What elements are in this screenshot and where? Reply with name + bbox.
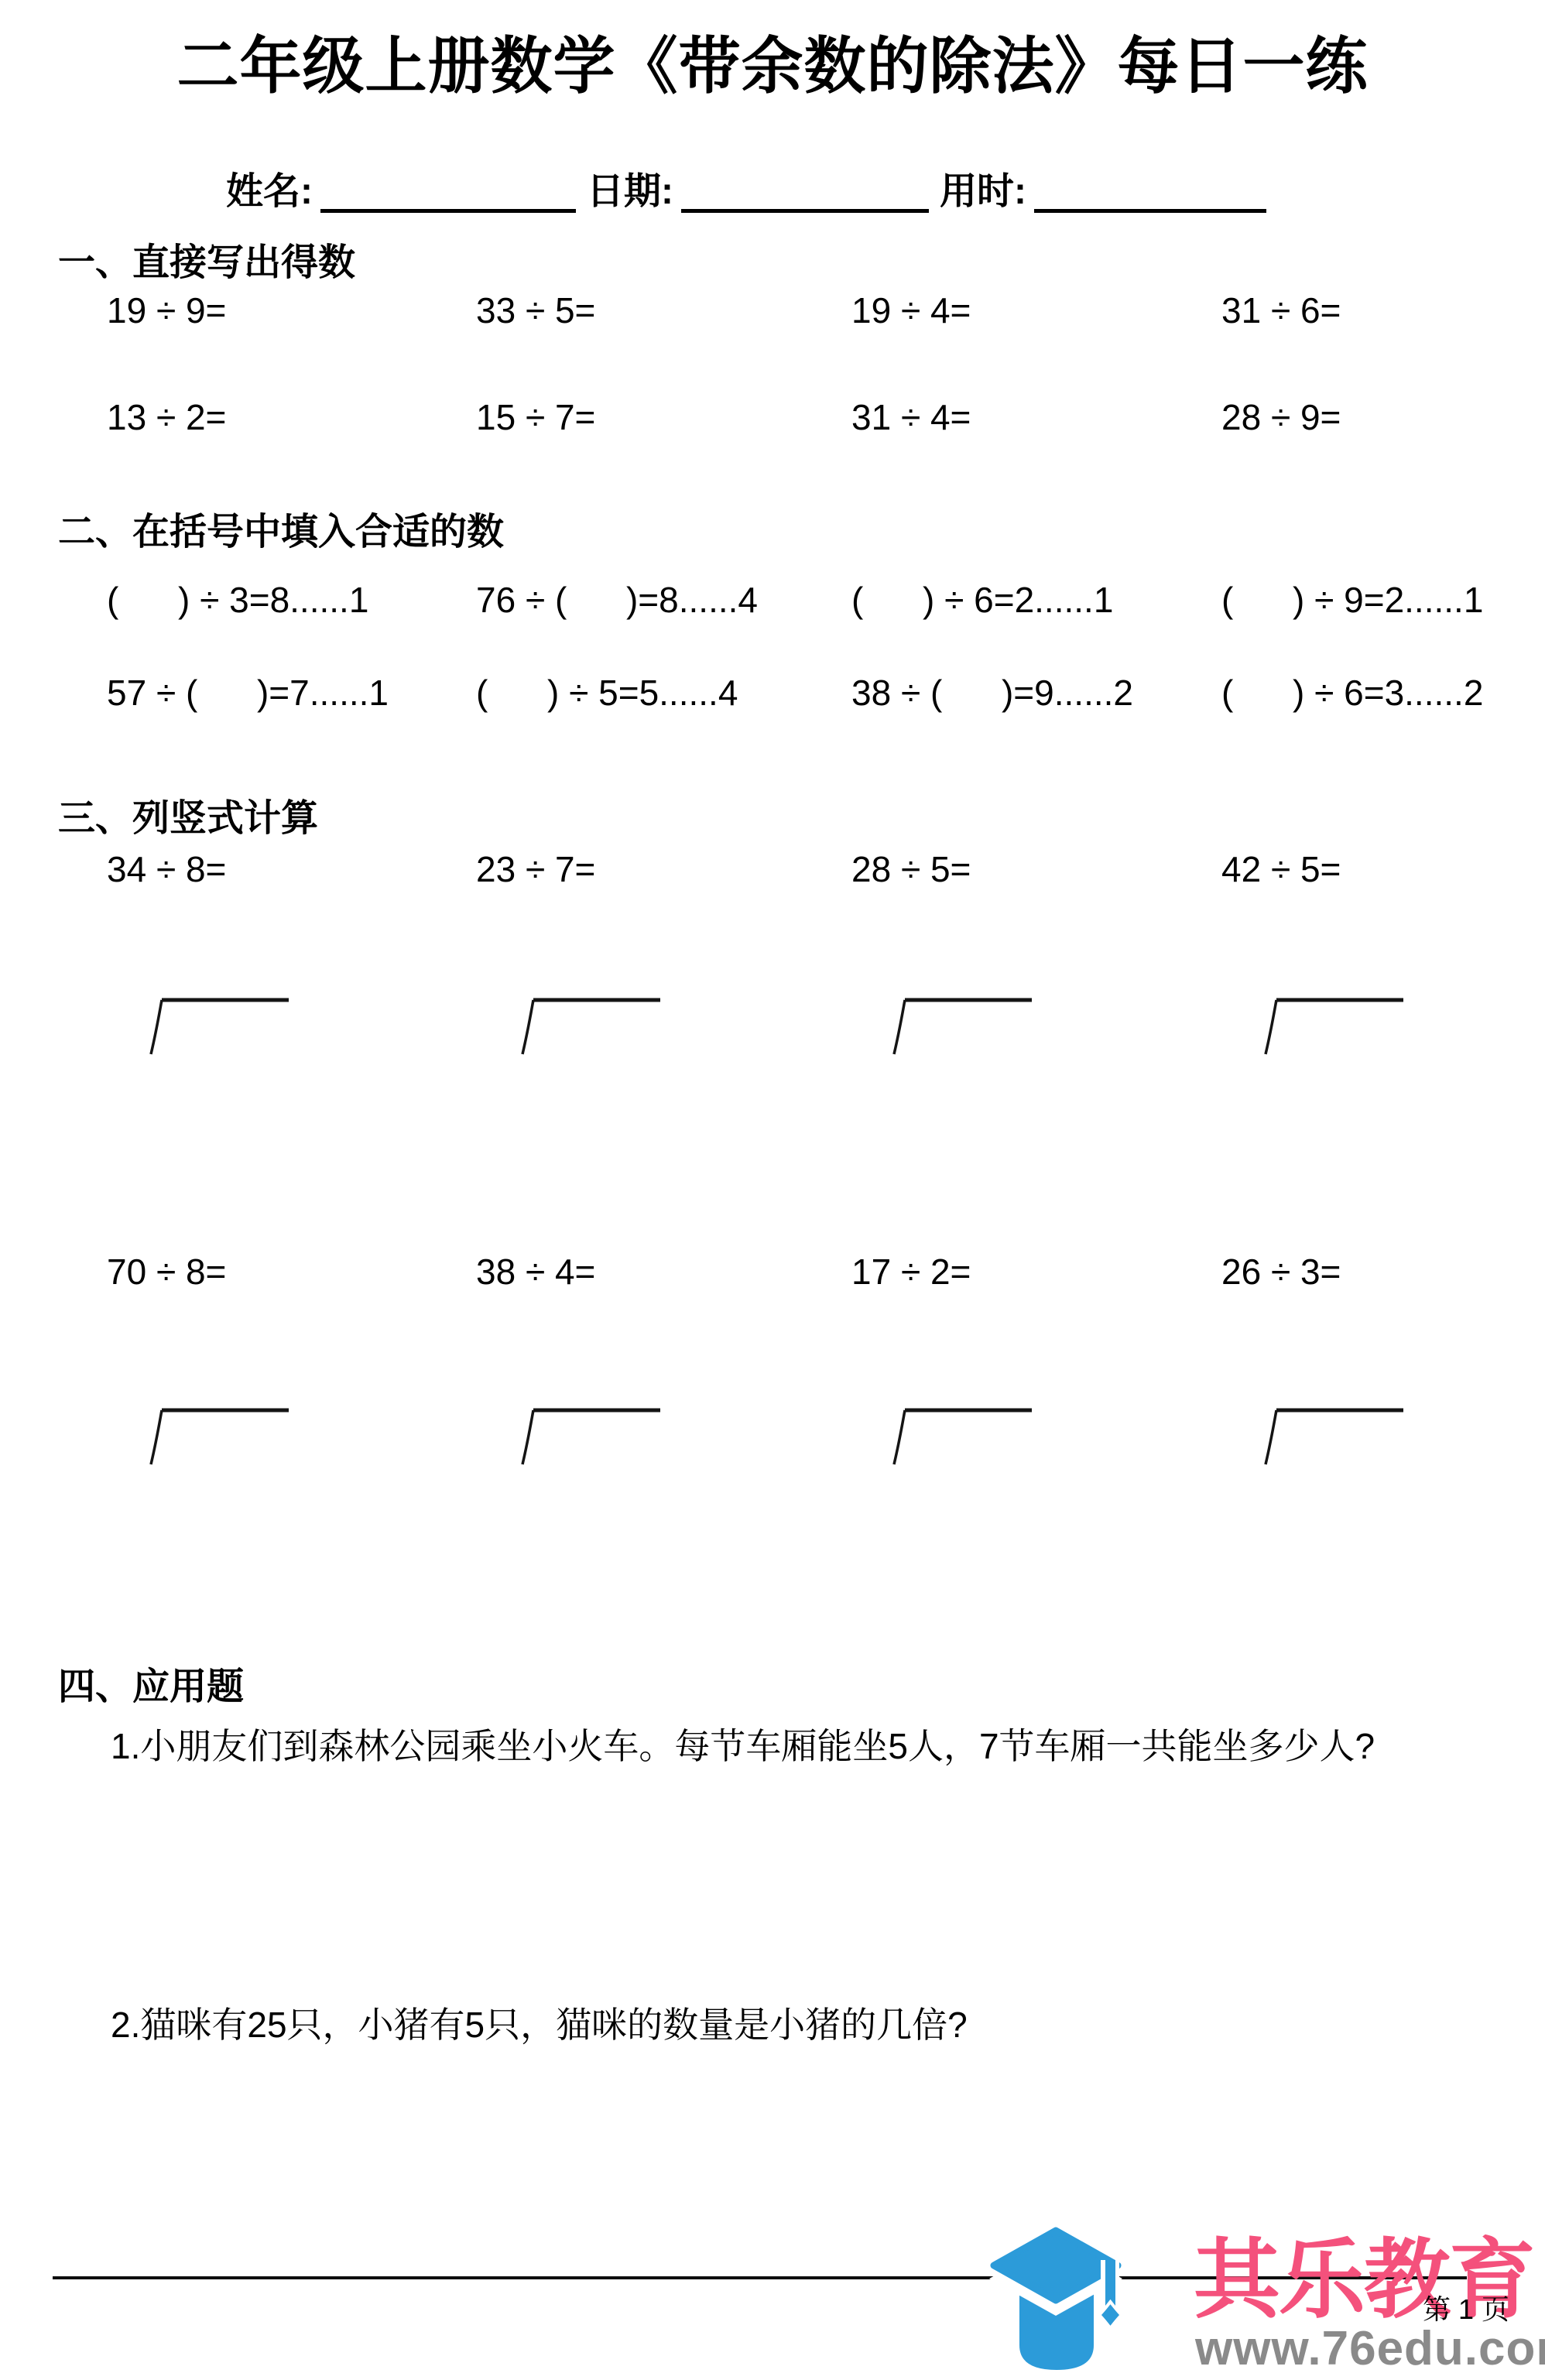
- section1-row2: 13 ÷ 2= 15 ÷ 7= 31 ÷ 4= 28 ÷ 9=: [0, 395, 1545, 449]
- division-problem: 28 ÷ 5=: [851, 847, 971, 893]
- section3-row1: 34 ÷ 8= 23 ÷ 7= 28 ÷ 5= 42 ÷ 5=: [0, 847, 1545, 901]
- word-problem-2: 2.猫咪有25只，小猪有5只，猫咪的数量是小猪的几倍?: [111, 2003, 968, 2048]
- division-problem: 15 ÷ 7=: [476, 395, 595, 441]
- long-division-bracket: [521, 997, 662, 1057]
- section1-heading: 一、直接写出得数: [58, 245, 355, 282]
- fill-blank-problem: 76 ÷ ( )=8......4: [476, 577, 758, 624]
- long-division-bracket: [1264, 997, 1405, 1057]
- long-division-bracket: [1264, 1407, 1405, 1467]
- long-division-bracket: [892, 1407, 1033, 1467]
- brand-website-text: www.76edu.com: [1195, 2325, 1545, 2373]
- fill-blank-problem: ( ) ÷ 9=2......1: [1221, 577, 1483, 624]
- page-title: 二年级上册数学《带余数的除法》每日一练: [0, 33, 1545, 101]
- time-label: 用时:: [940, 170, 1026, 213]
- division-problem: 70 ÷ 8=: [107, 1249, 226, 1296]
- division-problem: 31 ÷ 4=: [851, 395, 971, 441]
- section3-bracket-row2: [0, 1407, 1545, 1469]
- division-problem: 19 ÷ 9=: [107, 288, 226, 334]
- division-problem: 17 ÷ 2=: [851, 1249, 971, 1296]
- division-problem: 13 ÷ 2=: [107, 395, 226, 441]
- division-problem: 28 ÷ 9=: [1221, 395, 1341, 441]
- division-problem: 31 ÷ 6=: [1221, 288, 1341, 334]
- long-division-bracket: [149, 1407, 290, 1467]
- section4-heading: 四、应用题: [58, 1669, 244, 1706]
- division-problem: 23 ÷ 7=: [476, 847, 595, 893]
- header-fields-row: 姓名: 日期: 用时:: [226, 169, 1266, 213]
- page-number: 第 1 页: [1423, 2296, 1509, 2323]
- division-problem: 26 ÷ 3=: [1221, 1249, 1341, 1296]
- division-problem: 42 ÷ 5=: [1221, 847, 1341, 893]
- graduation-cap-icon: [989, 2226, 1129, 2380]
- time-blank-line: [1034, 169, 1266, 213]
- fill-blank-problem: ( ) ÷ 6=2......1: [851, 577, 1113, 624]
- name-label: 姓名:: [226, 170, 313, 213]
- section2-row1: ( ) ÷ 3=8......1 76 ÷ ( )=8......4 ( ) ÷…: [0, 577, 1545, 632]
- division-problem: 34 ÷ 8=: [107, 847, 226, 893]
- name-blank-line: [320, 169, 576, 213]
- fill-blank-problem: ( ) ÷ 6=3......2: [1221, 670, 1483, 717]
- long-division-bracket: [521, 1407, 662, 1467]
- fill-blank-problem: ( ) ÷ 3=8......1: [107, 577, 368, 624]
- section2-heading: 二、在括号中填入合适的数: [58, 514, 504, 551]
- fill-blank-problem: ( ) ÷ 5=5......4: [476, 670, 738, 717]
- long-division-bracket: [892, 997, 1033, 1057]
- section1-row1: 19 ÷ 9= 33 ÷ 5= 19 ÷ 4= 31 ÷ 6=: [0, 288, 1545, 342]
- long-division-bracket: [149, 997, 290, 1057]
- section3-heading: 三、列竖式计算: [58, 800, 318, 837]
- division-problem: 19 ÷ 4=: [851, 288, 971, 334]
- division-problem: 38 ÷ 4=: [476, 1249, 595, 1296]
- worksheet-page: { "page": { "title": "二年级上册数学《带余数的除法》每日一…: [0, 0, 1545, 2380]
- fill-blank-problem: 38 ÷ ( )=9......2: [851, 670, 1133, 717]
- date-label: 日期:: [587, 170, 673, 213]
- section3-row2: 70 ÷ 8= 38 ÷ 4= 17 ÷ 2= 26 ÷ 3=: [0, 1249, 1545, 1303]
- date-blank-line: [681, 169, 929, 213]
- fill-blank-problem: 57 ÷ ( )=7......1: [107, 670, 389, 717]
- word-problem-1: 1.小朋友们到森林公园乘坐小火车。每节车厢能坐5人，7节车厢一共能坐多少人?: [111, 1724, 1375, 1769]
- division-problem: 33 ÷ 5=: [476, 288, 595, 334]
- section2-row2: 57 ÷ ( )=7......1 ( ) ÷ 5=5......4 38 ÷ …: [0, 670, 1545, 724]
- section3-bracket-row1: [0, 997, 1545, 1059]
